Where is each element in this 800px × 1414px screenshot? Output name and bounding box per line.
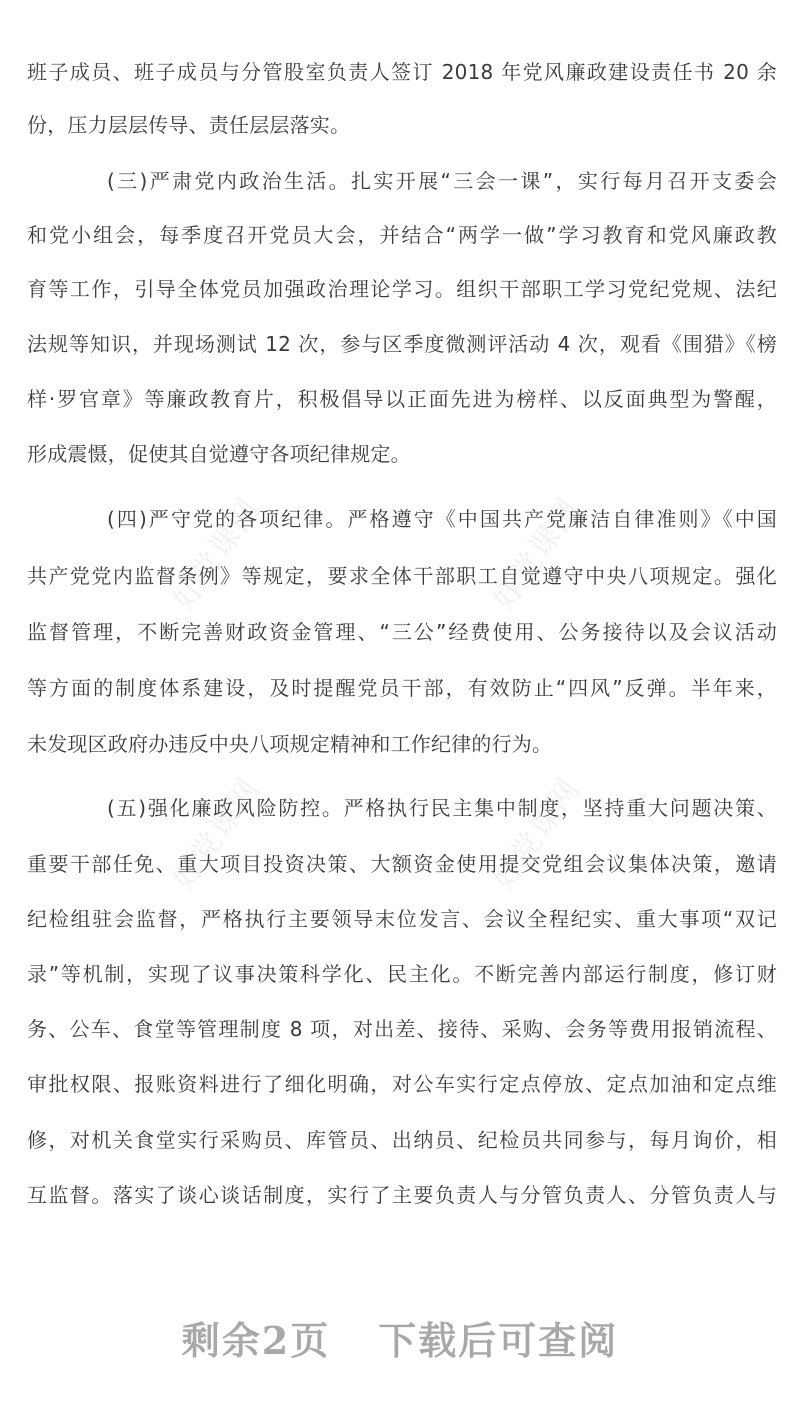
text-line: 班子成员、班子成员与分管股室负责人签订 2018 年党风廉政建设责任书 20 余 [27,58,777,86]
text-line: 监督管理，不断完善财政资金管理、“三公”经费使用、公务接待以及会议活动 [27,618,777,646]
text-line: (三)严肃党内政治生活。扎实开展“三会一课”，实行每月召开支委会 [107,167,777,195]
text-line: 重要干部任免、重大项目投资决策、大额资金使用提交党组会议集体决策，邀请 [27,850,777,878]
text-line: (五)强化廉政风险防控。严格执行民主集中制度，坚持重大问题决策、 [107,794,777,822]
text-line: 务、公车、食堂等管理制度 8 项，对出差、接待、采购、会务等费用报销流程、 [27,1015,777,1043]
text-line: 互监督。落实了谈心谈话制度，实行了主要负责人与分管负责人、分管负责人与 [27,1181,777,1209]
document-page: 好党课网好党课网好党课网好党课网 班子成员、班子成员与分管股室负责人签订 201… [0,0,800,1414]
text-line: 样·罗官章》等廉政教育片，积极倡导以正面先进为榜样、以反面典型为警醒， [27,385,777,413]
text-line: 等方面的制度体系建设，及时提醒党员干部，有效防止“四风”反弹。半年来， [27,674,777,702]
download-prompt[interactable]: 剩余2页下载后可查阅 [0,1310,800,1365]
text-line: (四)严守党的各项纪律。严格遵守《中国共产党廉洁自律准则》《中国 [107,505,777,533]
text-line: 法规等知识，并现场测试 12 次，参与区季度微测评活动 4 次，观看《围猎》《榜 [27,330,777,358]
download-to-view-label[interactable]: 下载后可查阅 [378,1310,618,1365]
text-line: 录”等机制，实现了议事决策科学化、民主化。不断完善内部运行制度，修订财 [27,960,777,988]
text-line: 份，压力层层传导、责任层层落实。 [27,111,777,139]
remaining-pages-label: 剩余2页 [182,1310,330,1365]
text-line: 育等工作，引导全体党员加强政治理论学习。组织干部职工学习党纪党规、法纪 [27,275,777,303]
text-line: 形成震慑，促使其自觉遵守各项纪律规定。 [27,440,777,468]
text-line: 审批权限、报账资料进行了细化明确，对公车实行定点停放、定点加油和定点维 [27,1070,777,1098]
text-line: 纪检组驻会监督，严格执行主要领导末位发言、会议全程纪实、重大事项“双记 [27,905,777,933]
text-line: 未发现区政府办违反中央八项规定精神和工作纪律的行为。 [27,730,777,758]
text-line: 修，对机关食堂实行采购员、库管员、出纳员、纪检员共同参与，每月询价，相 [27,1126,777,1154]
text-line: 共产党党内监督条例》等规定，要求全体干部职工自觉遵守中央八项规定。强化 [27,562,777,590]
text-line: 和党小组会，每季度召开党员大会，并结合“两学一做”学习教育和党风廉政教 [27,221,777,249]
